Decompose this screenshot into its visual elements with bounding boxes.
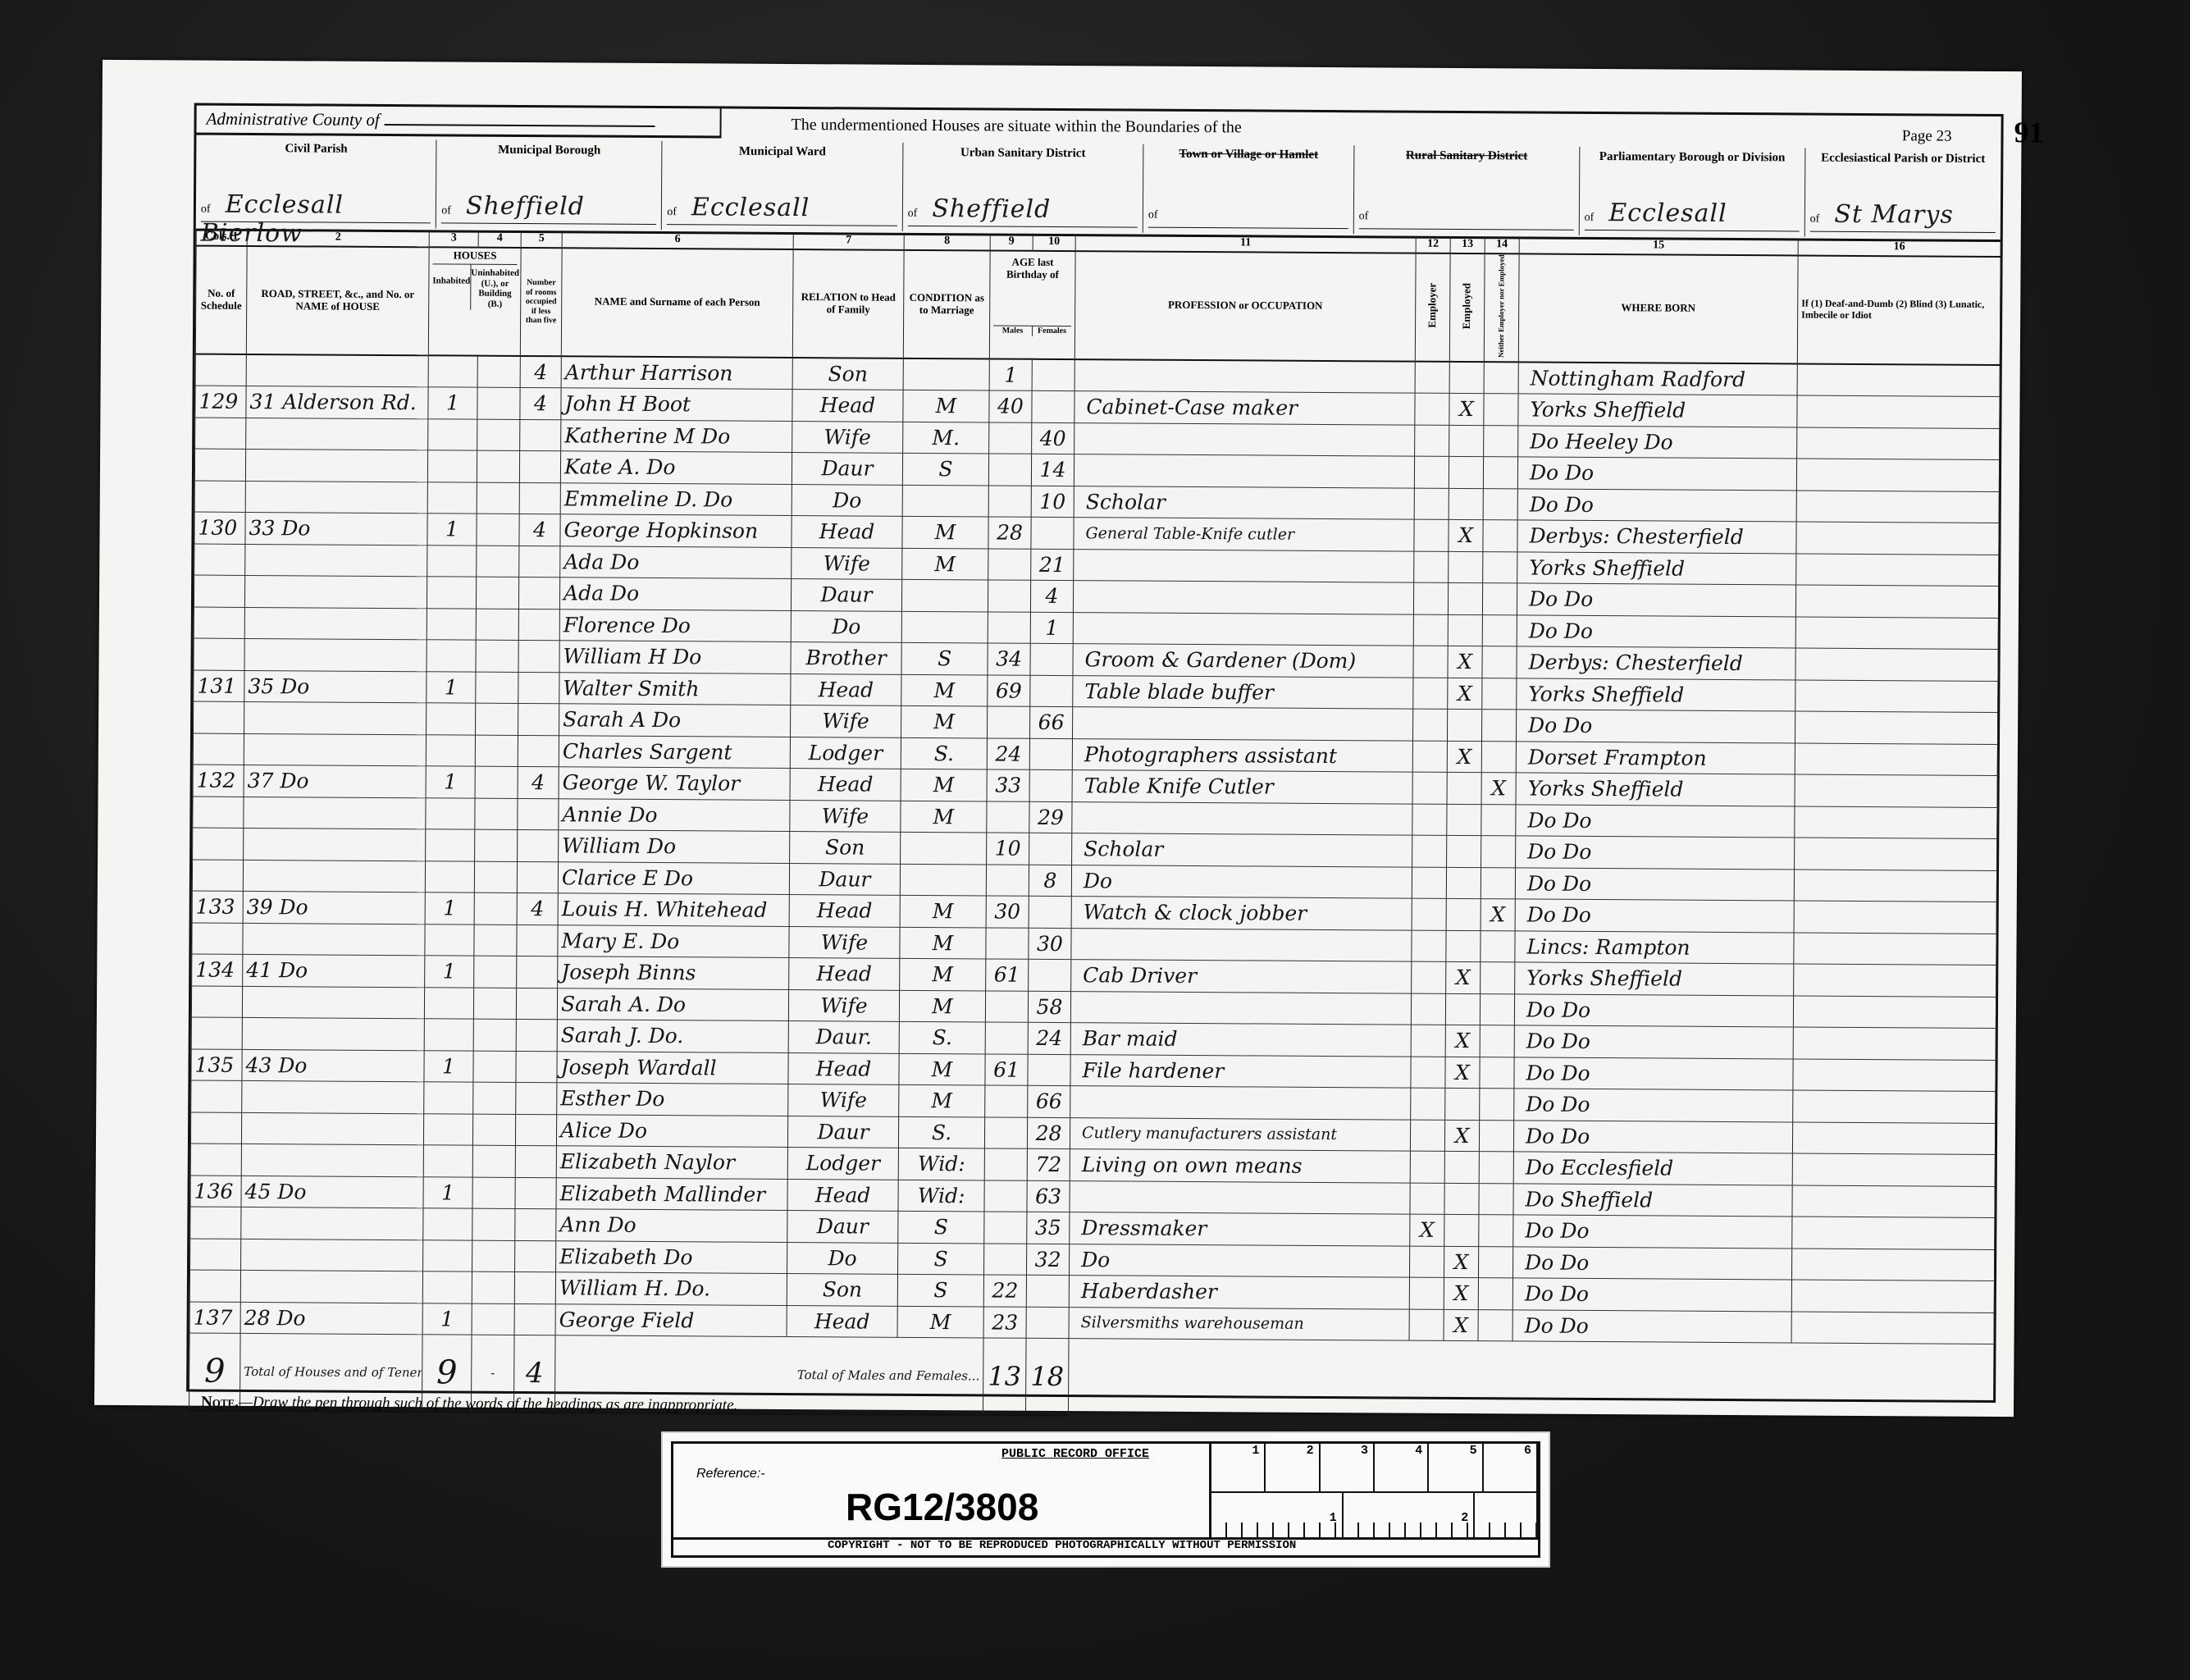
cell-condition: [901, 611, 988, 643]
cell-road: [243, 860, 425, 892]
cell-employer: [1413, 678, 1448, 710]
cell-condition: [901, 833, 987, 865]
cell-employed: [1449, 457, 1483, 489]
cell-name: William H Do: [559, 641, 791, 673]
cell-schedule: [189, 1270, 240, 1302]
cell-rooms: [514, 1303, 555, 1335]
cell-born: Yorks Sheffield: [1517, 552, 1796, 586]
cell-infirmity: [1794, 933, 1996, 966]
cell-female-age: [1032, 390, 1074, 422]
cell-uninhabited: [473, 1082, 516, 1114]
header-rooms: Number of rooms occupied if less than fi…: [520, 248, 562, 356]
cell-employed: [1448, 614, 1482, 646]
district-value-field: ofEcclesall: [667, 193, 897, 226]
census-page: Administrative County of The undermentio…: [94, 60, 2022, 1417]
column-number: 3: [429, 230, 478, 247]
cell-female-age: [1028, 1054, 1070, 1086]
column-number: 16: [1798, 239, 2001, 258]
district-value-field: ofSheffield: [441, 191, 656, 225]
district-value-field: ofEcclesall: [1585, 199, 1800, 232]
district-municipal-ward: Municipal WardofEcclesall: [662, 141, 903, 231]
cell-uninhabited: [472, 1208, 515, 1240]
cell-name: Esther Do: [557, 1083, 788, 1116]
cell-uninhabited: [475, 829, 518, 861]
cell-road: [241, 1239, 423, 1271]
cell-rooms: [518, 830, 559, 862]
cell-schedule: [194, 607, 244, 639]
district-value: Sheffield: [466, 192, 585, 221]
cell-employed: [1449, 488, 1483, 520]
census-form: Administrative County of The undermentio…: [186, 103, 2004, 1403]
cell-employer: [1409, 1309, 1444, 1341]
of-label: of: [667, 206, 677, 218]
cell-occupation: [1070, 1086, 1411, 1120]
cell-rooms: 4: [517, 893, 558, 925]
cell-neither: [1483, 457, 1517, 489]
cell-condition: M: [901, 801, 987, 833]
cell-male-age: 24: [987, 738, 1029, 770]
header-relation: RELATION to Head of Family: [792, 249, 904, 358]
cell-occupation: Silversmiths warehouseman: [1069, 1307, 1409, 1340]
column-number: 10: [1033, 234, 1075, 251]
cell-female-age: 72: [1027, 1148, 1070, 1180]
form-header: Administrative County of The undermentio…: [196, 106, 2001, 242]
reference-number: RG12/3808: [846, 1485, 1038, 1529]
cell-male-age: 61: [986, 959, 1029, 991]
cell-employed: [1449, 425, 1484, 457]
cell-relation: Head: [789, 958, 900, 990]
cell-male-age: [986, 928, 1029, 960]
cell-inhabited: 1: [422, 1303, 472, 1335]
cell-female-age: 63: [1027, 1180, 1070, 1212]
cell-road: [244, 576, 427, 609]
cell-rooms: [518, 735, 559, 767]
cell-name: Florence Do: [559, 609, 791, 641]
cell-female-age: 4: [1030, 580, 1073, 612]
cell-employed: [1449, 362, 1484, 394]
cell-name: Mary E. Do: [558, 924, 789, 957]
cell-male-age: 33: [987, 769, 1029, 801]
cell-condition: S.: [898, 1116, 984, 1148]
cell-infirmity: [1794, 901, 1996, 934]
cell-born: Nottingham Radford: [1518, 362, 1797, 395]
cell-born: Yorks Sheffield: [1515, 962, 1794, 996]
district-ecclesiastical-parish-or-district: Ecclesiastical Parish or DistrictofSt Ma…: [1805, 148, 2001, 238]
cell-schedule: [190, 1207, 241, 1239]
cell-infirmity: [1793, 1090, 1996, 1123]
cell-occupation: Do: [1070, 1244, 1410, 1277]
admin-county-blank: [385, 112, 655, 127]
district-rural-sanitary-district: Rural Sanitary Districtof: [1353, 145, 1580, 235]
cell-occupation: File hardener: [1070, 1054, 1411, 1088]
ruler-cm-mark: 2: [1266, 1444, 1320, 1491]
cell-uninhabited: [473, 1019, 516, 1051]
cell-neither: X: [1481, 773, 1516, 805]
cell-employed: [1446, 930, 1481, 962]
cell-employer: [1410, 1151, 1444, 1183]
cell-employer: [1413, 646, 1448, 678]
cell-neither: [1481, 930, 1515, 962]
cell-born: Do Do: [1513, 1121, 1792, 1154]
cell-employed: [1446, 899, 1481, 931]
cell-employed: [1445, 1089, 1480, 1121]
cell-employed: [1447, 836, 1481, 868]
cell-female-age: 40: [1032, 422, 1074, 454]
cell-schedule: [190, 1144, 241, 1176]
cell-road: 28 Do: [240, 1302, 422, 1335]
column-number: 9: [990, 233, 1033, 250]
cell-female-age: [1026, 1307, 1069, 1339]
cell-employer: [1412, 741, 1447, 773]
cell-schedule: 129: [195, 386, 246, 418]
cell-inhabited: [426, 797, 475, 829]
cell-born: Do Do: [1514, 1057, 1793, 1091]
cell-infirmity: [1793, 1059, 1996, 1092]
neither-label: Neither Employer nor Employed: [1497, 254, 1506, 358]
cell-inhabited: [428, 355, 477, 387]
cell-schedule: 137: [189, 1302, 240, 1334]
cell-road: 39 Do: [243, 892, 425, 924]
cell-name: Louis H. Whitehead: [558, 893, 789, 926]
note-lead: Note.: [201, 1394, 239, 1411]
cell-neither: [1480, 1057, 1514, 1089]
district-label: Town or Village or Hamlet: [1143, 148, 1353, 163]
cell-condition: S: [898, 1243, 984, 1275]
cell-infirmity: [1797, 427, 2000, 460]
cell-born: Do Do: [1516, 836, 1795, 870]
cell-infirmity: [1796, 522, 1999, 555]
district-civil-parish: Civil ParishofEcclesall Bierlow: [196, 139, 437, 229]
cell-name: Arthur Harrison: [561, 356, 792, 390]
total-males: 13: [983, 1338, 1026, 1415]
header-name: NAME and Surname of each Person: [561, 248, 793, 357]
cell-uninhabited: [477, 355, 520, 387]
cell-condition: M: [897, 1306, 983, 1338]
cell-male-age: 40: [989, 390, 1032, 422]
district-fields: Civil ParishofEcclesall BierlowMunicipal…: [196, 139, 2001, 238]
header-employed: Employed: [1449, 253, 1485, 362]
cell-employer: [1415, 425, 1449, 457]
header-houses: HOUSES Inhabited Uninhabited (U.), or Bu…: [428, 247, 521, 355]
cell-neither: [1479, 1183, 1513, 1215]
census-table: Cols. 12345678910111213141516 No. of Sch…: [189, 229, 2001, 1423]
cell-road: [245, 481, 427, 514]
cell-female-age: 58: [1028, 991, 1070, 1023]
cell-male-age: [988, 612, 1030, 644]
header-males: Males: [993, 326, 1033, 336]
ruler-cm-mark: 5: [1429, 1444, 1483, 1491]
cell-rooms: [518, 798, 559, 830]
cell-employer: [1414, 456, 1449, 488]
cell-relation: Wife: [788, 989, 899, 1021]
cell-name: Joseph Wardall: [557, 1051, 788, 1084]
cell-relation: Head: [787, 1305, 897, 1337]
cell-inhabited: [423, 1208, 472, 1240]
cell-inhabited: [427, 545, 477, 577]
cell-schedule: [192, 860, 243, 892]
cell-condition: M: [902, 548, 988, 580]
district-value-field: of: [1359, 197, 1574, 231]
cell-condition: M: [899, 1085, 985, 1117]
cell-road: [245, 544, 427, 577]
cell-schedule: [192, 923, 243, 955]
cell-rooms: [515, 1114, 556, 1146]
cell-condition: M.: [903, 422, 989, 454]
cell-female-age: 8: [1029, 865, 1071, 897]
cell-inhabited: [427, 640, 476, 672]
district-label: Urban Sanitary District: [903, 146, 1143, 162]
cell-condition: M: [900, 959, 986, 991]
cell-relation: Wife: [789, 926, 900, 958]
cell-condition: S: [902, 454, 988, 486]
cell-rooms: [518, 704, 559, 736]
cell-uninhabited: [477, 482, 519, 514]
cell-name: Ada Do: [560, 546, 792, 578]
cell-road: 31 Alderson Rd.: [246, 386, 428, 419]
cell-male-age: [988, 549, 1031, 581]
cell-name: Clarice E Do: [558, 861, 789, 894]
cell-condition: M: [901, 769, 987, 801]
cell-name: William Do: [559, 830, 790, 863]
cell-relation: Head: [789, 895, 900, 927]
cell-uninhabited: [472, 1271, 514, 1303]
cell-employer: [1412, 930, 1446, 962]
cell-relation: Head: [787, 1179, 898, 1211]
cell-rooms: [518, 577, 559, 609]
cell-name: John H Boot: [561, 388, 792, 421]
cell-occupation: Living on own means: [1070, 1149, 1410, 1183]
cell-occupation: Scholar: [1072, 833, 1412, 867]
admin-county-label: Administrative County of: [207, 109, 380, 130]
cell-occupation: Table blade buffer: [1073, 675, 1413, 709]
cell-employed: X: [1444, 1246, 1478, 1278]
cell-born: Lincs: Rampton: [1515, 931, 1794, 965]
cell-female-age: 21: [1031, 549, 1074, 581]
cell-neither: [1482, 646, 1517, 678]
header-schedule: No. of Schedule: [195, 246, 247, 354]
cell-born: Yorks Sheffield: [1518, 394, 1797, 427]
cell-uninhabited: [476, 640, 518, 672]
cell-female-age: [1032, 358, 1074, 390]
cell-road: 37 Do: [244, 765, 426, 798]
cell-uninhabited: [477, 387, 520, 419]
cell-uninhabited: [472, 1240, 515, 1272]
totals-blank: [1068, 1339, 1994, 1422]
of-label: of: [441, 204, 451, 217]
cell-uninhabited: [474, 956, 517, 988]
cell-infirmity: [1794, 964, 1996, 997]
cell-born: Do Do: [1516, 805, 1795, 838]
cell-occupation: Dressmaker: [1070, 1212, 1410, 1246]
cell-inhabited: 1: [424, 1050, 473, 1082]
cell-schedule: 136: [190, 1176, 241, 1207]
cell-uninhabited: [475, 766, 518, 798]
cell-occupation: [1074, 454, 1414, 488]
header-females: Females: [1033, 326, 1071, 336]
cell-neither: [1481, 804, 1516, 836]
cell-neither: [1482, 678, 1517, 710]
cell-name: George Hopkinson: [560, 514, 792, 547]
cell-occupation: Cab Driver: [1071, 960, 1412, 993]
cell-inhabited: [424, 1019, 473, 1051]
cell-female-age: 30: [1029, 928, 1071, 960]
cell-name: William H. Do.: [555, 1272, 787, 1305]
cell-inhabited: 1: [427, 671, 476, 703]
cell-born: Do Do: [1517, 615, 1795, 649]
admin-county-field: Administrative County of: [196, 106, 721, 139]
cell-rooms: [516, 988, 557, 1020]
column-headers: No. of Schedule ROAD, STREET, &c., and N…: [195, 246, 2001, 365]
cell-schedule: [191, 1080, 242, 1112]
cell-uninhabited: [476, 609, 518, 641]
cell-inhabited: [423, 1239, 472, 1271]
cell-employer: [1414, 551, 1449, 583]
cell-condition: Wid:: [898, 1148, 984, 1180]
cell-occupation: General Table-Knife cutler: [1074, 518, 1414, 551]
district-value-field: ofEcclesall Bierlow: [201, 190, 431, 224]
cell-male-age: [986, 865, 1029, 897]
cell-neither: [1481, 836, 1516, 868]
cell-neither: [1484, 425, 1518, 457]
cell-male-age: [988, 454, 1031, 486]
cell-employer: [1413, 614, 1448, 646]
header-occupation: PROFESSION or OCCUPATION: [1074, 251, 1416, 361]
cell-employer: [1412, 961, 1446, 993]
cell-name: Charles Sargent: [559, 735, 790, 768]
cell-employed: [1449, 551, 1483, 583]
cell-employed: [1447, 773, 1481, 805]
cell-female-age: [1029, 738, 1072, 770]
cell-employer: [1412, 772, 1447, 804]
cell-road: [242, 1081, 424, 1114]
cell-male-age: [985, 991, 1028, 1023]
employer-label: Employer: [1426, 283, 1439, 328]
cell-male-age: 1: [989, 358, 1032, 390]
cell-schedule: 130: [194, 512, 245, 544]
note-text: —Draw the pen through such of the words …: [239, 1394, 737, 1414]
cell-employer: [1411, 1025, 1445, 1057]
cell-rooms: 4: [518, 767, 559, 799]
district-label: Parliamentary Borough or Division: [1580, 150, 1804, 166]
cell-schedule: 131: [194, 670, 244, 702]
cell-employed: [1447, 710, 1481, 742]
cell-neither: [1480, 1025, 1514, 1057]
cell-male-age: 22: [983, 1275, 1026, 1307]
cell-male-age: [984, 1148, 1027, 1180]
cell-born: Yorks Sheffield: [1517, 678, 1795, 712]
cell-occupation: [1070, 1180, 1410, 1214]
cell-uninhabited: [474, 861, 517, 893]
cell-rooms: [519, 482, 560, 514]
ruler-inch-mark: 1: [1211, 1493, 1344, 1537]
cell-road: [245, 450, 427, 482]
cell-rooms: [517, 924, 558, 956]
cell-born: Do Do: [1514, 1089, 1793, 1122]
cell-inhabited: [427, 450, 477, 482]
cell-inhabited: [422, 1271, 472, 1303]
cell-female-age: 24: [1028, 1022, 1070, 1054]
ruler-cm-scale: 123456: [1211, 1444, 1538, 1493]
cell-male-age: [989, 422, 1032, 454]
copyright-notice: COPYRIGHT - NOT TO BE REPRODUCED PHOTOGR…: [673, 1536, 1538, 1555]
cell-rooms: [515, 1209, 556, 1241]
cell-male-age: [984, 1180, 1027, 1212]
cell-female-age: [1026, 1275, 1069, 1307]
of-label: of: [1585, 212, 1595, 224]
cell-female-age: [1029, 896, 1071, 928]
cell-employed: [1448, 583, 1482, 615]
cell-road: [246, 354, 428, 387]
cell-male-age: [988, 486, 1031, 518]
cell-occupation: Scholar: [1074, 486, 1414, 519]
cell-born: Dorset Frampton: [1516, 742, 1795, 775]
cell-born: Do Do: [1517, 457, 1796, 491]
cell-infirmity: [1791, 1312, 1994, 1344]
cell-inhabited: 1: [425, 956, 474, 988]
of-label: of: [1148, 209, 1158, 221]
cell-female-age: [1029, 769, 1072, 801]
cell-name: Joseph Binns: [558, 956, 789, 989]
cell-occupation: Photographers assistant: [1072, 738, 1412, 772]
cell-schedule: [194, 544, 245, 576]
cell-rooms: [515, 1146, 556, 1178]
column-number: 4: [478, 231, 521, 248]
cell-female-age: [1029, 959, 1071, 991]
cell-male-age: 28: [988, 517, 1031, 549]
cell-employer: [1410, 1183, 1444, 1215]
cell-neither: [1481, 741, 1516, 773]
cell-relation: Daur: [792, 453, 902, 485]
district-label: Municipal Borough: [437, 143, 662, 158]
cell-road: 41 Do: [243, 955, 425, 988]
cell-male-age: [988, 580, 1030, 612]
cell-male-age: [985, 1085, 1028, 1117]
cell-infirmity: [1792, 1122, 1995, 1155]
cell-relation: Son: [792, 358, 903, 390]
header-infirmity: If (1) Deaf-and-Dumb (2) Blind (3) Lunat…: [1797, 255, 2001, 364]
cell-inhabited: 1: [423, 1176, 472, 1208]
cell-name: Sarah J. Do.: [557, 1020, 788, 1052]
cell-employed: X: [1446, 962, 1481, 994]
cell-occupation: [1074, 422, 1415, 456]
cell-employed: X: [1444, 1278, 1478, 1310]
column-number: 7: [793, 232, 904, 250]
cell-condition: M: [899, 1053, 985, 1085]
cell-neither: [1482, 583, 1517, 615]
cell-relation: Wife: [792, 547, 902, 579]
cell-born: Do Ecclesfield: [1513, 1152, 1792, 1185]
cell-born: Yorks Sheffield: [1516, 773, 1795, 806]
cell-condition: [903, 358, 989, 391]
cell-rooms: [514, 1272, 555, 1304]
cell-uninhabited: [473, 988, 516, 1020]
cell-road: [246, 418, 428, 450]
header-road: ROAD, STREET, &c., and No. or NAME of HO…: [246, 246, 429, 355]
district-label: Rural Sanitary District: [1354, 148, 1579, 164]
cell-rooms: [517, 956, 558, 988]
footnote: Note.—Draw the pen through such of the w…: [201, 1394, 737, 1415]
cell-schedule: 132: [193, 765, 244, 797]
cell-employer: [1414, 488, 1449, 520]
cell-neither: [1483, 551, 1517, 583]
cell-employer: [1412, 835, 1447, 867]
cell-uninhabited: [472, 1177, 515, 1209]
cell-relation: Brother: [791, 642, 901, 674]
cell-occupation: Haberdasher: [1069, 1276, 1409, 1309]
cell-employer: [1414, 519, 1449, 551]
cell-occupation: Watch & clock jobber: [1071, 897, 1412, 930]
cell-name: Walter Smith: [559, 672, 791, 705]
